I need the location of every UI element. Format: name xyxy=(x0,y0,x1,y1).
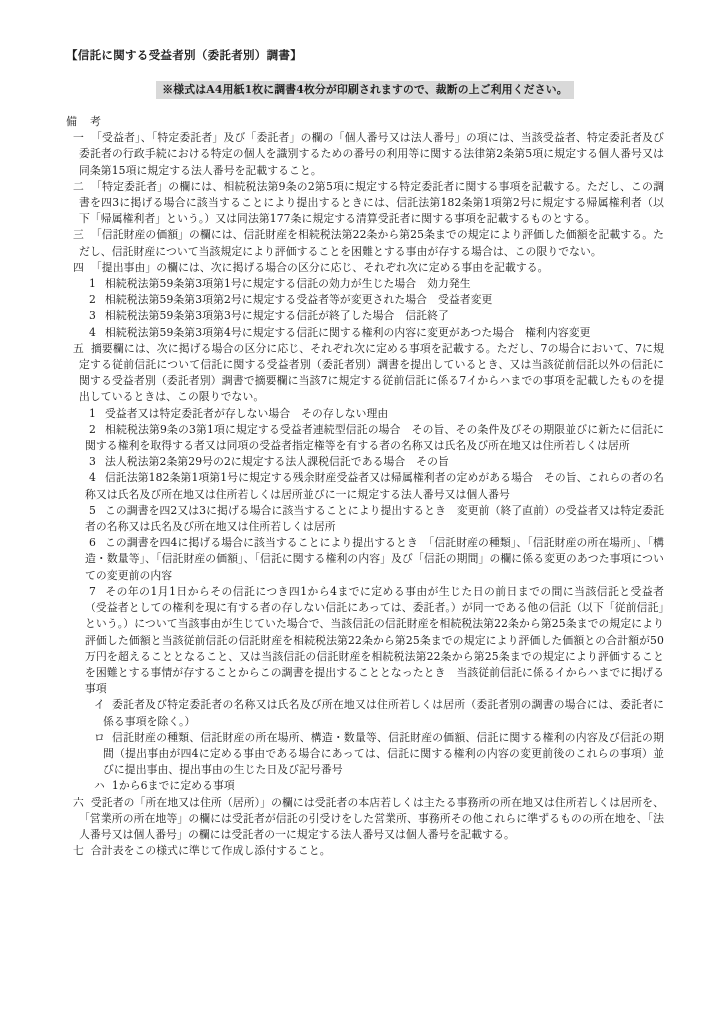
remark-label: 3 xyxy=(89,309,96,322)
remark-text: 1から6までに定める事項 xyxy=(112,779,235,792)
remark-item-12: 3法人税法第2条第29号の2に規定する法人課税信託である場合 その旨 xyxy=(66,454,664,470)
remark-label: 5 xyxy=(89,504,96,517)
remark-item-2: 二「特定委託者」の欄には、相続税法第9条の2第5項に規定する特定委託者に関する事… xyxy=(66,179,664,228)
remark-item-20: 六受託者の「所在地又は住所（居所）」の欄には受託者の本店若しくは主たる事務所の所… xyxy=(66,795,664,844)
remark-text: 相続税法第9条の3第1項に規定する受益者連続型信託の場合 その旨、その条件及びそ… xyxy=(85,423,664,452)
remark-item-6: 2相続税法第59条第3項第2号に規定する受益者等が変更された場合 受益者変更 xyxy=(66,292,664,308)
remark-label: 6 xyxy=(89,536,96,549)
remark-item-5: 1相続税法第59条第3項第1号に規定する信託の効力が生じた場合 効力発生 xyxy=(66,276,664,292)
remark-text: 委託者及び特定委託者の名称又は氏名及び所在地又は住所若しくは居所（委託者別の調書… xyxy=(103,698,664,727)
remark-label: 三 xyxy=(73,228,84,241)
remark-item-7: 3相続税法第59条第3項第3号に規定する信託が終了した場合 信託終了 xyxy=(66,308,664,324)
remark-label: 六 xyxy=(73,796,84,809)
document-page: 【信託に関する受益者別（委託者別）調書】 ※様式はA4用紙1枚に調書4枚分が印刷… xyxy=(0,0,724,1024)
notice-row: ※様式はA4用紙1枚に調書4枚分が印刷されますので、裁断の上ご利用ください。 xyxy=(66,78,664,99)
remark-text: 信託財産の種類、信託財産の所在場所、構造・数量等、信託財産の価額、信託に関する権… xyxy=(103,731,664,776)
remark-item-19: ハ1から6までに定める事項 xyxy=(66,778,664,794)
remark-text: この調書を四2又は3に掲げる場合に該当することにより提出するとき 変更前（終了直… xyxy=(85,504,664,533)
remark-text: 相続税法第59条第3項第2号に規定する受益者等が変更された場合 受益者変更 xyxy=(105,293,492,306)
remark-item-1: 一「受益者」、「特定委託者」及び「委託者」の欄の「個人番号又は法人番号」の項には… xyxy=(66,130,664,179)
remark-label: 五 xyxy=(73,342,84,355)
remark-text: 受益者又は特定委託者が存しない場合 その存しない理由 xyxy=(105,407,388,420)
remark-label: 四 xyxy=(73,261,84,274)
remark-label: 4 xyxy=(89,471,96,484)
remark-text: 「受益者」、「特定委託者」及び「委託者」の欄の「個人番号又は法人番号」の項には、… xyxy=(79,131,664,176)
remark-item-11: 2相続税法第9条の3第1項に規定する受益者連続型信託の場合 その旨、その条件及び… xyxy=(66,422,664,454)
remark-text: 相続税法第59条第3項第4号に規定する信託に関する権利の内容に変更があつた場合 … xyxy=(105,326,591,339)
remark-item-17: イ委託者及び特定委託者の名称又は氏名及び所在地又は住所若しくは居所（委託者別の調… xyxy=(66,697,664,729)
remark-item-14: 5この調書を四2又は3に掲げる場合に該当することにより提出するとき 変更前（終了… xyxy=(66,503,664,535)
remark-text: 合計表をこの様式に準じて作成し添付すること。 xyxy=(91,844,331,857)
remark-label: 2 xyxy=(89,293,96,306)
remark-item-8: 4相続税法第59条第3項第4号に規定する信託に関する権利の内容に変更があつた場合… xyxy=(66,325,664,341)
remark-text: 受託者の「所在地又は住所（居所）」の欄には受託者の本店若しくは主たる事務所の所在… xyxy=(79,796,664,841)
remark-item-13: 4信託法第182条第1項第1号に規定する残余財産受益者又は帰属権利者の定めがある… xyxy=(66,470,664,502)
remark-label: ハ xyxy=(94,779,105,792)
remark-text: 「提出事由」の欄には、次に掲げる場合の区分に応じ、それぞれ次に定める事由を記載す… xyxy=(91,261,549,274)
cutting-notice: ※様式はA4用紙1枚に調書4枚分が印刷されますので、裁断の上ご利用ください。 xyxy=(156,81,573,99)
remark-text: 信託法第182条第1項第1号に規定する残余財産受益者又は帰属権利者の定めがある場… xyxy=(85,471,664,500)
remark-label: ロ xyxy=(94,731,105,744)
remark-label: 4 xyxy=(89,326,96,339)
remark-item-15: 6この調書を四4に掲げる場合に該当することにより提出するとき 「信託財産の種類」… xyxy=(66,535,664,584)
remark-text: この調書を四4に掲げる場合に該当することにより提出するとき 「信託財産の種類」、… xyxy=(85,536,664,581)
remark-label: 二 xyxy=(73,180,84,193)
remark-label: 7 xyxy=(89,585,96,598)
remark-text: 摘要欄には、次に掲げる場合の区分に応じ、それぞれ次に定める事項を記載する。ただし… xyxy=(79,342,664,404)
remark-text: その年の1月1日からその信託につき四1から4までに定める事由が生じた日の前日まで… xyxy=(85,585,664,695)
remark-item-18: ロ信託財産の種類、信託財産の所在場所、構造・数量等、信託財産の価額、信託に関する… xyxy=(66,730,664,779)
document-title: 【信託に関する受益者別（委託者別）調書】 xyxy=(66,48,664,63)
remark-label: 1 xyxy=(89,407,96,420)
remark-item-21: 七合計表をこの様式に準じて作成し添付すること。 xyxy=(66,843,664,859)
remark-item-10: 1受益者又は特定委託者が存しない場合 その存しない理由 xyxy=(66,406,664,422)
remark-text: 法人税法第2条第29号の2に規定する法人課税信託である場合 その旨 xyxy=(105,455,449,468)
remarks-list: 一「受益者」、「特定委託者」及び「委託者」の欄の「個人番号又は法人番号」の項には… xyxy=(66,130,664,859)
remark-label: 1 xyxy=(89,277,96,290)
remark-label: 七 xyxy=(73,844,84,857)
remark-item-3: 三「信託財産の価額」の欄には、信託財産を相続税法第22条から第25条までの規定に… xyxy=(66,227,664,259)
remark-item-16: 7その年の1月1日からその信託につき四1から4までに定める事由が生じた日の前日ま… xyxy=(66,584,664,697)
remark-label: イ xyxy=(94,698,105,711)
remark-item-4: 四「提出事由」の欄には、次に掲げる場合の区分に応じ、それぞれ次に定める事由を記載… xyxy=(66,260,664,276)
remark-text: 「信託財産の価額」の欄には、信託財産を相続税法第22条から第25条までの規定によ… xyxy=(79,228,664,257)
remark-text: 相続税法第59条第3項第1号に規定する信託の効力が生じた場合 効力発生 xyxy=(105,277,471,290)
remark-label: 2 xyxy=(89,423,96,436)
remark-text: 相続税法第59条第3項第3号に規定する信託が終了した場合 信託終了 xyxy=(105,309,449,322)
remark-label: 3 xyxy=(89,455,96,468)
remark-item-9: 五摘要欄には、次に掲げる場合の区分に応じ、それぞれ次に定める事項を記載する。ただ… xyxy=(66,341,664,406)
remark-label: 一 xyxy=(73,131,84,144)
remark-text: 「特定委託者」の欄には、相続税法第9条の2第5項に規定する特定委託者に関する事項… xyxy=(79,180,664,225)
remarks-heading: 備 考 xyxy=(66,114,664,130)
